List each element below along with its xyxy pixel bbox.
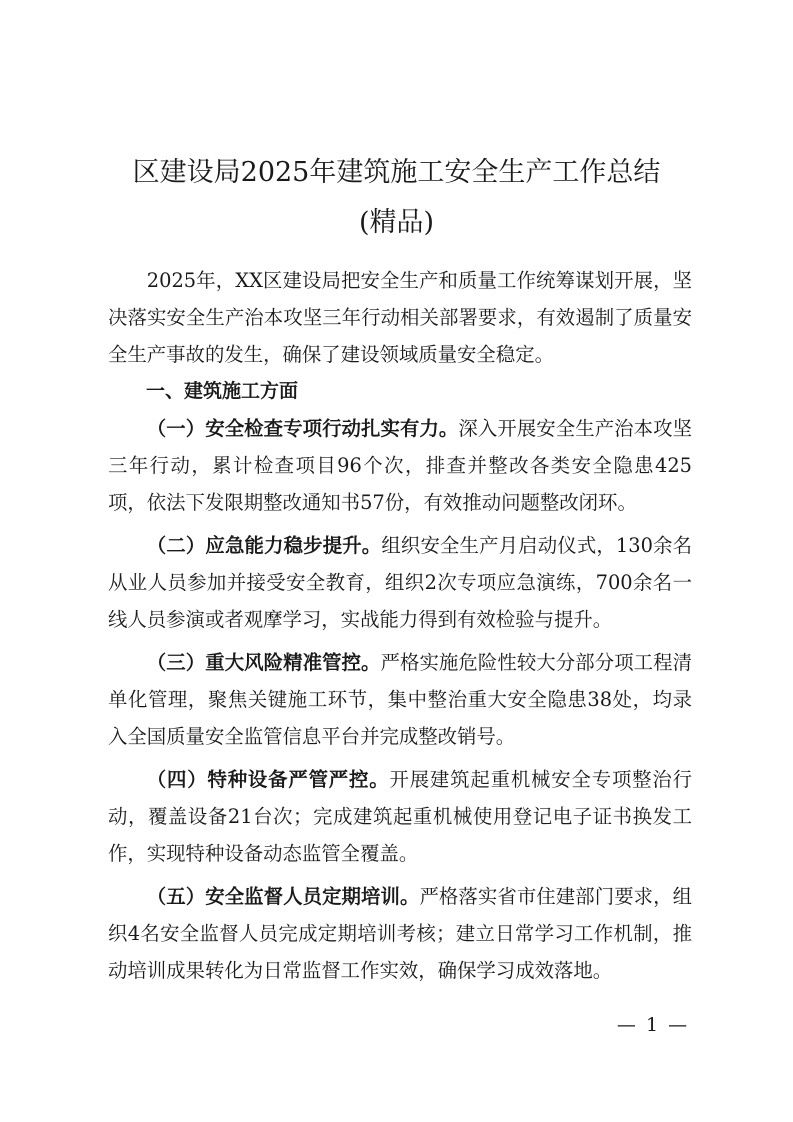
item-paragraph-5: （五）安全监督人员定期培训。严格落实省市住建部门要求，组织4名安全监督人员完成定… — [108, 878, 692, 989]
item-paragraph-3: （三）重大风险精准管控。严格实施危险性较大分部分项工程清单化管理，聚焦关键施工环… — [108, 644, 692, 755]
item-lead: （二）应急能力稳步提升。 — [147, 534, 382, 557]
intro-paragraph: 2025年，XX区建设局把安全生产和质量工作统筹谋划开展，坚决落实安全生产治本攻… — [108, 262, 692, 373]
page-number: — 1 — — [608, 1014, 698, 1036]
item-lead: （四）特种设备严管严控。 — [147, 768, 390, 791]
item-paragraph-1: （一）安全检查专项行动扎实有力。深入开展安全生产治本攻坚三年行动，累计检查项目9… — [108, 410, 692, 521]
item-lead: （五）安全监督人员定期培训。 — [147, 885, 420, 908]
document-title: 区建设局2025年建筑施工安全生产工作总结 — [100, 150, 693, 189]
section-heading: 一、建筑施工方面 — [108, 373, 692, 410]
item-lead: （一）安全检查专项行动扎实有力。 — [147, 417, 459, 440]
document-page: 区建设局2025年建筑施工安全生产工作总结 (精品) 2025年，XX区建设局把… — [0, 0, 793, 1122]
item-lead: （三）重大风险精准管控。 — [147, 651, 381, 674]
document-body: 2025年，XX区建设局把安全生产和质量工作统筹谋划开展，坚决落实安全生产治本攻… — [108, 262, 692, 989]
item-paragraph-4: （四）特种设备严管严控。开展建筑起重机械安全专项整治行动，覆盖设备21台次；完成… — [108, 761, 692, 872]
document-subtitle: (精品) — [100, 200, 693, 239]
item-paragraph-2: （二）应急能力稳步提升。组织安全生产月启动仪式，130余名从业人员参加并接受安全… — [108, 527, 692, 638]
